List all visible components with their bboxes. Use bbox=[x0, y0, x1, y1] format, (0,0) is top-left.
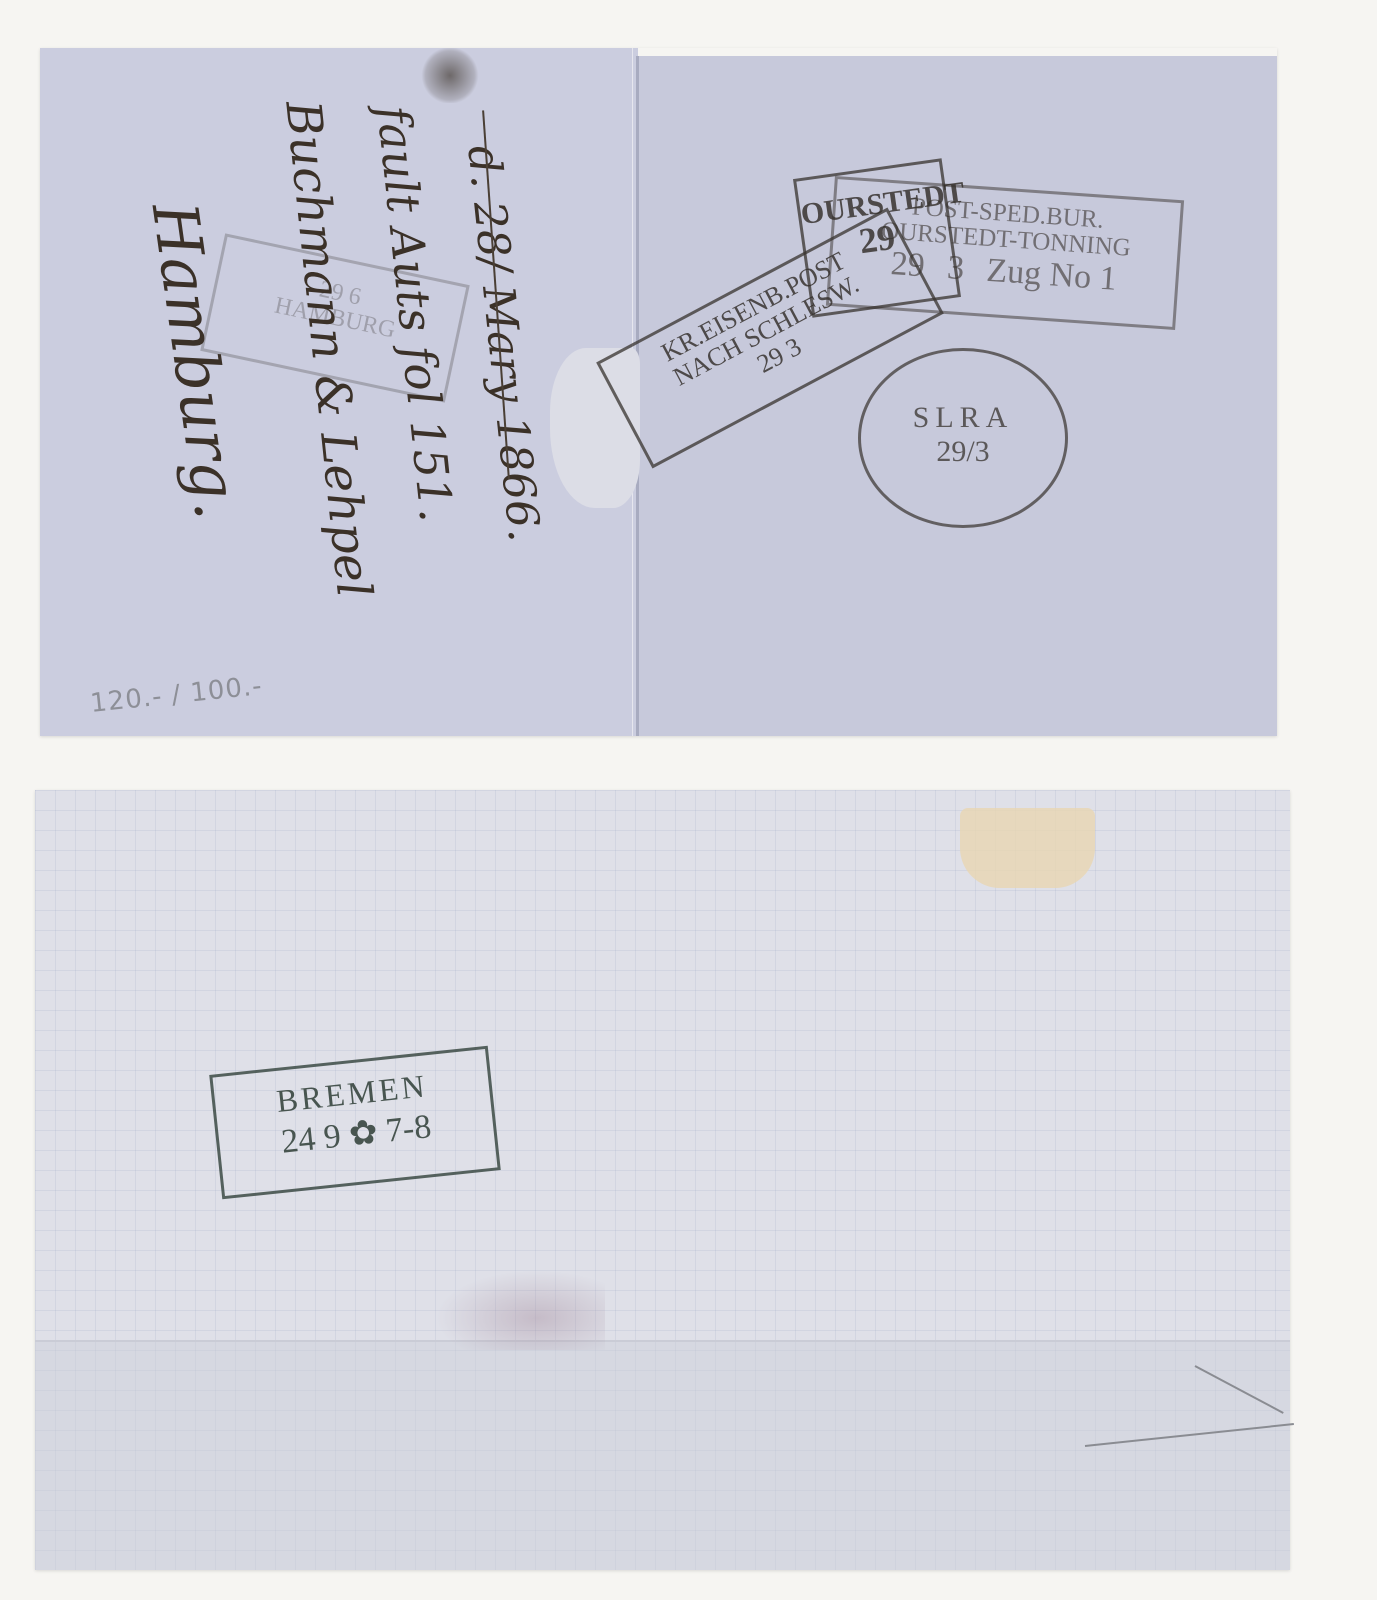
top-cover: 29 6 HAMBURG d. 28/ Mary 1866. fault Aut… bbox=[40, 48, 1277, 736]
bottom-cover: BREMEN 24 9 ✿ 7-8 bbox=[35, 790, 1290, 1570]
bottom-cover-flap bbox=[35, 790, 1290, 1342]
wax-seal-remnant bbox=[420, 48, 480, 103]
post-sped-train: Zug No 1 bbox=[985, 251, 1118, 297]
ourstedt-small-box-stamp: OURSTEDT 29 bbox=[793, 158, 961, 318]
bottom-cover-lower-section bbox=[35, 1340, 1290, 1570]
torn-flap-detail bbox=[435, 1270, 605, 1350]
circular-date-stamp: SLRA 29/3 bbox=[858, 348, 1068, 528]
paper-stain bbox=[960, 808, 1095, 888]
